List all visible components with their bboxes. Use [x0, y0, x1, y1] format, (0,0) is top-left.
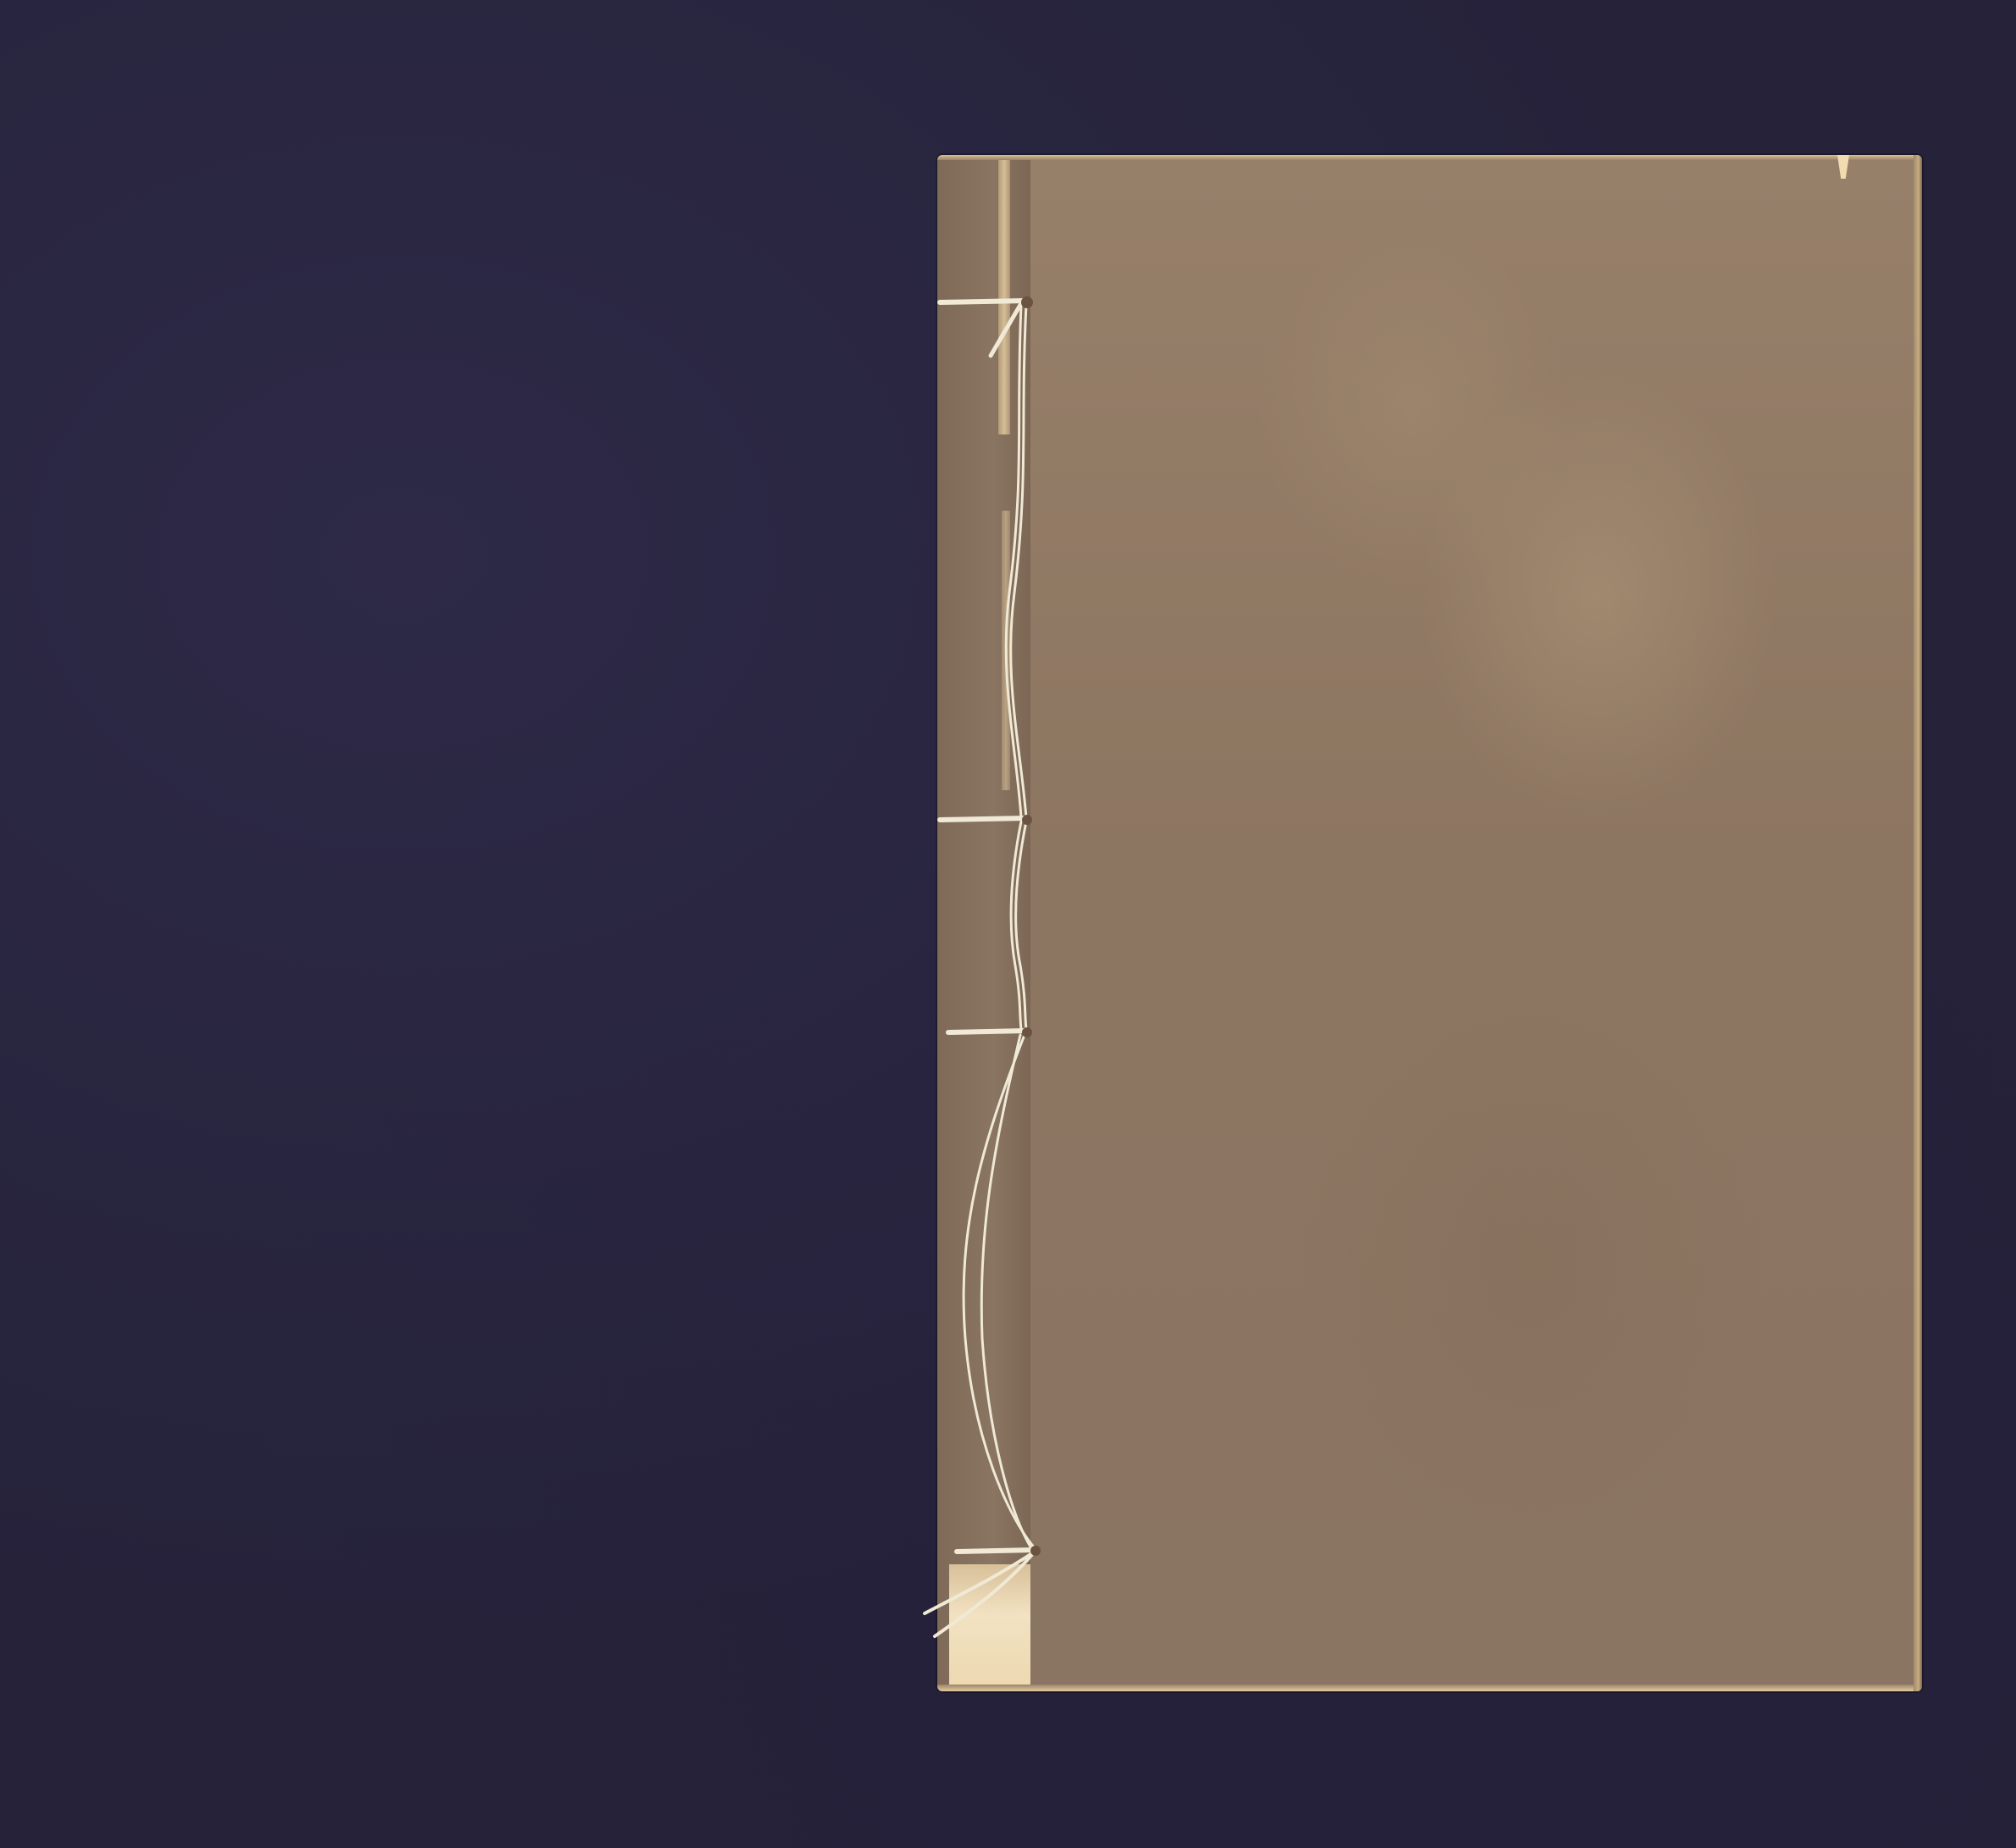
spine-seam-lower [1002, 511, 1010, 790]
book-cover [937, 155, 1922, 1691]
book-spine [937, 155, 1030, 1691]
top-edge [937, 155, 1922, 160]
fore-edge [1914, 155, 1922, 1691]
cover-paper-texture [937, 155, 1922, 1691]
bottom-edge [937, 1685, 1922, 1691]
spine-seam-upper [998, 155, 1010, 434]
corner-guard-bottom [949, 1564, 1030, 1691]
